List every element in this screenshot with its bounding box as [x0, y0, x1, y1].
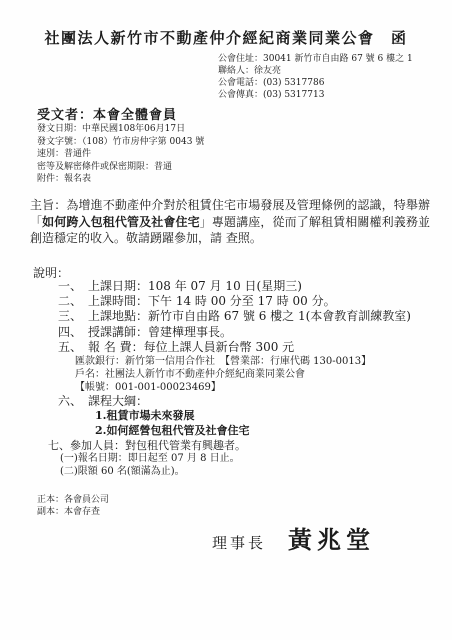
issue-date: 發文日期：中華民國108年06月17日 [37, 123, 204, 136]
copies-block: 正本：各會員公司 副本：本會存查 [37, 494, 109, 518]
list-item-3-location: 三、 上課地點：新竹市自由路 67 號 6 樓之 1(本會教育訓練教室) [58, 309, 438, 324]
registration-deadline-line: (一)報名日期：即日起至 07 月 8 日止。 [60, 453, 438, 466]
association-phone: 公會電話：(03) 5317786 [218, 77, 413, 89]
reference-number: 發文字號：（108）竹市房仲字第 0043 號 [37, 136, 204, 149]
bank-remit-line: 匯款銀行：新竹第一信用合作社 【營業部：行庫代碼 130-0013】 [75, 355, 438, 368]
association-address: 公會住址：30041 新竹市自由路 67 號 6 樓之 1 [218, 53, 413, 65]
subject-paragraph: 主旨：為增進不動產仲介對於租賃住宅市場發展及管理條例的認識，特舉辦「如何跨入包租… [30, 197, 430, 247]
list-item-4-lecturer: 四、 授課講師：曾建樺理事長。 [58, 325, 438, 340]
signer-name: 黃兆堂 [288, 520, 375, 555]
document-title: 社團法人新竹市不動產仲介經紀商業同業公會 函 [0, 27, 452, 48]
list-item-2-time: 二、 上課時間：下午 14 時 00 分至 17 時 00 分。 [58, 294, 438, 309]
association-fax: 公會傳真：(03) 5317713 [218, 89, 413, 101]
letter-page: 社團法人新竹市不動產仲介經紀商業同業公會 函 公會住址：30041 新竹市自由路… [0, 0, 452, 640]
recipient-line: 受文者：本會全體會員 [37, 104, 177, 123]
delivery-speed: 速別：普通件 [37, 148, 204, 161]
subject-bold-phrase: 如何跨入包租代管及社會住宅 [42, 215, 200, 229]
meta-block: 發文日期：中華民國108年06月17日 發文字號：（108）竹市房仲字第 004… [37, 123, 204, 186]
attachment-line: 附件：報名表 [37, 173, 204, 186]
duplicate-copy-line: 副本：本會存查 [37, 506, 109, 518]
list-item-5-fee: 五、 報 名 費：每位上課人員新台幣 300 元 [58, 340, 438, 355]
quota-line: (二)限額 60 名(額滿為止)。 [60, 466, 438, 479]
syllabus-item-2: 2.如何經營包租代管及社會住宅 [95, 424, 438, 439]
original-copy-line: 正本：各會員公司 [37, 494, 109, 506]
association-contact-person: 聯絡人：徐友亮 [218, 65, 413, 77]
association-contact-block: 公會住址：30041 新竹市自由路 67 號 6 樓之 1 聯絡人：徐友亮 公會… [218, 53, 413, 101]
security-classification: 密等及解密條件或保密期限：普通 [37, 161, 204, 174]
syllabus-item-1: 1.租賃市場未來發展 [95, 409, 438, 424]
list-item-7-participants: 七、參加人員：對包租代管業有興趣者。 [48, 438, 438, 453]
list-item-6-syllabus: 六、 課程大綱： [58, 394, 438, 409]
explanation-list: 一、 上課日期：108 年 07 月 10 日(星期三) 二、 上課時間：下午 … [58, 279, 438, 478]
signer-title: 理事長 [212, 532, 266, 553]
signature-block: 理事長 黃兆堂 [212, 520, 375, 555]
list-item-1-date: 一、 上課日期：108 年 07 月 10 日(星期三) [58, 279, 438, 294]
bank-account-name-line: 戶名：社團法人新竹市不動產仲介經紀商業同業公會 [75, 368, 438, 381]
bank-account-number-line: 【帳號：001-001-00023469】 [75, 381, 438, 394]
